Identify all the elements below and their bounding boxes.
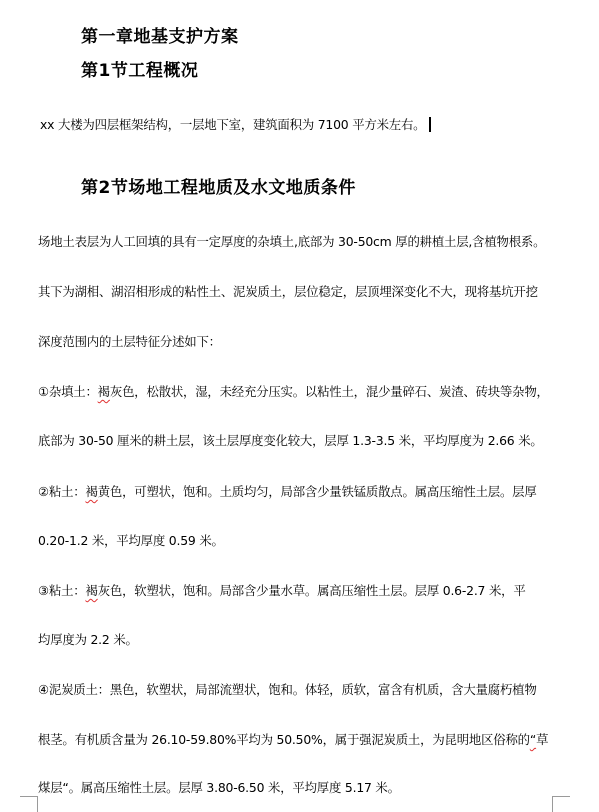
section-1-text: xx 大楼为四层框架结构，一层地下室，建筑面积为 7100 平方米左右。 bbox=[40, 117, 425, 132]
chapter-title: 第一章地基支护方案 bbox=[81, 22, 239, 47]
layer-2-text: 黄色，可塑状，饱和。土质均匀，局部含少量铁锰质散点。属高压缩性土层。层厚 bbox=[98, 484, 537, 499]
layer-1-text: 灰色，松散状，湿，未经充分压实。以粘性土，混少量碎石、炭渣、砖块等杂物， bbox=[110, 384, 549, 399]
section-1-title: 第1节工程概况 bbox=[81, 56, 198, 81]
layer-4-line-2: 根茎。有机质含量为 26.10-59.80%平均为 50.50%，属于强泥炭质土… bbox=[38, 732, 548, 748]
document-page[interactable]: 第一章地基支护方案 第1节工程概况 xx 大楼为四层框架结构，一层地下室，建筑面… bbox=[0, 0, 599, 812]
layer-3-label: ③粘土： bbox=[38, 583, 85, 598]
intro-line-1: 场地土表层为人工回填的具有一定厚度的杂填土,底部为 30-50cm 厚的耕植土层… bbox=[38, 234, 545, 250]
layer-4-line-1: ④泥炭质土：黑色，软塑状，局部流塑状，饱和。体轻，质软，富含有机质，含大量腐朽植… bbox=[38, 682, 537, 698]
layer-1-line-1: ①杂填土：褐灰色，松散状，湿，未经充分压实。以粘性土，混少量碎石、炭渣、砖块等杂… bbox=[38, 384, 549, 400]
section-1-paragraph: xx 大楼为四层框架结构，一层地下室，建筑面积为 7100 平方米左右。 bbox=[40, 117, 431, 133]
layer-3-line-1: ③粘土：褐灰色，软塑状，饱和。局部含少量水草。属高压缩性土层。层厚 0.6-2.… bbox=[38, 583, 526, 599]
layer-4-text-end: 草 bbox=[536, 732, 548, 747]
layer-3-line-2: 均厚度为 2.2 米。 bbox=[38, 632, 138, 648]
page-margin-corner-right bbox=[552, 796, 570, 812]
layer-1-line-2: 底部为 30-50 厘米的耕土层，该土层厚度变化较大，层厚 1.3-3.5 米，… bbox=[38, 433, 543, 449]
layer-4-line-3: 煤层“。属高压缩性土层。层厚 3.80-6.50 米，平均厚度 5.17 米。 bbox=[38, 780, 400, 796]
layer-2-line-1: ②粘土：褐黄色，可塑状，饱和。土质均匀，局部含少量铁锰质散点。属高压缩性土层。层… bbox=[38, 484, 537, 500]
section-2-title: 第2节场地工程地质及水文地质条件 bbox=[81, 173, 356, 198]
layer-2-label: ②粘土： bbox=[38, 484, 85, 499]
intro-line-3: 深度范围内的土层特征分述如下： bbox=[38, 334, 221, 350]
spelling-flag[interactable]: 褐 bbox=[85, 484, 97, 499]
layer-2-line-2: 0.20-1.2 米，平均厚度 0.59 米。 bbox=[38, 533, 224, 549]
text-cursor bbox=[429, 117, 431, 132]
spelling-flag[interactable]: 褐 bbox=[85, 583, 97, 598]
page-margin-corner-left bbox=[20, 796, 38, 812]
intro-line-2: 其下为湖相、湖沼相形成的粘性土、泥炭质土，层位稳定，层顶埋深变化不大，现将基坑开… bbox=[38, 284, 538, 300]
layer-1-label: ①杂填土： bbox=[38, 384, 98, 399]
spelling-flag[interactable]: 褐 bbox=[98, 384, 110, 399]
layer-4-text: 根茎。有机质含量为 26.10-59.80%平均为 50.50%，属于强泥炭质土… bbox=[38, 732, 530, 747]
layer-3-text: 灰色，软塑状，饱和。局部含少量水草。属高压缩性土层。层厚 0.6-2.7 米，平 bbox=[98, 583, 526, 598]
